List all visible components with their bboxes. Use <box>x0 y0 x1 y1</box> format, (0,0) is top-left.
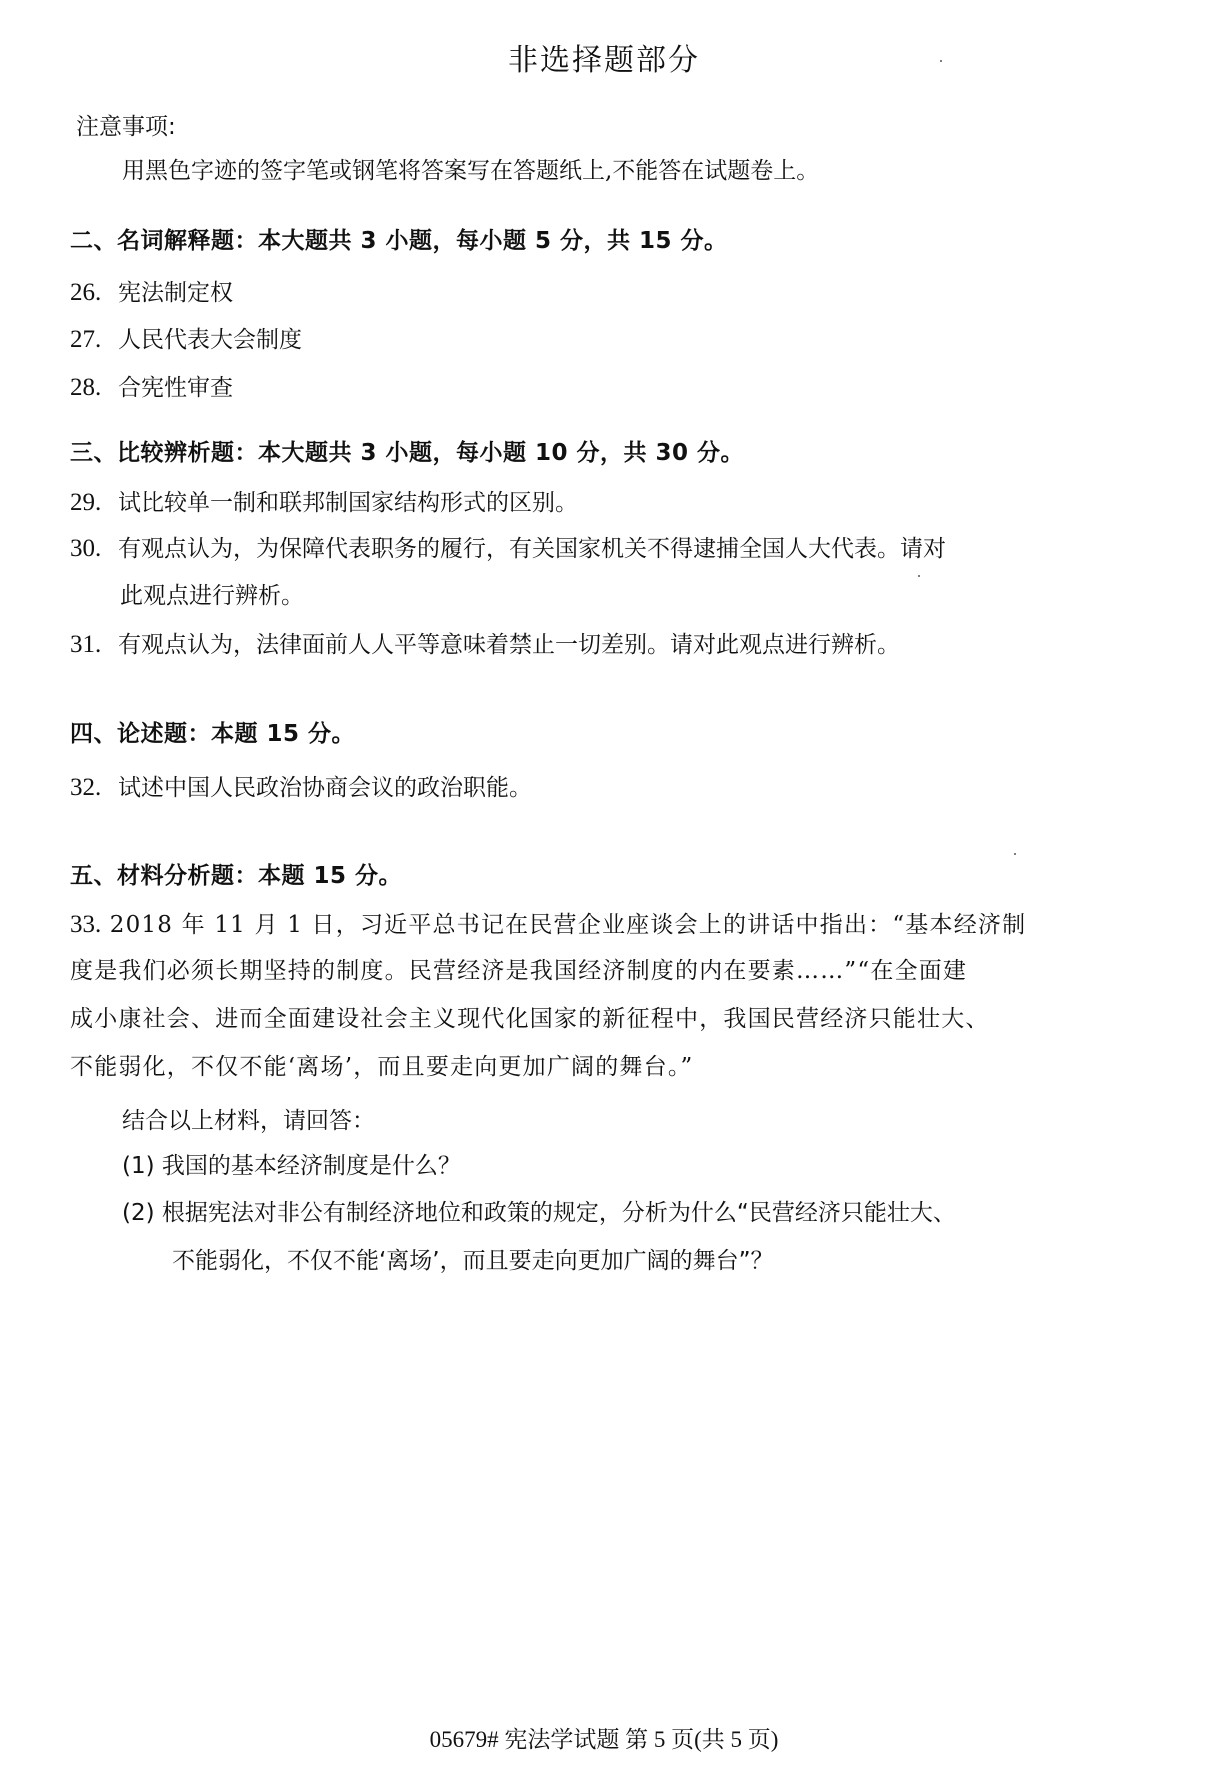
section-heading-essay: 四、论述题：本题 15 分。 <box>70 723 355 746</box>
question-text: 有观点认为，法律面前人人平等意味着禁止一切差别。请对此观点进行辨析。 <box>118 632 900 658</box>
question-28: 28.合宪性审查 <box>70 375 233 400</box>
subquestion-label: (1) <box>122 1153 155 1179</box>
question-number: 26. <box>70 280 118 305</box>
section-heading-material: 五、材料分析题：本题 15 分。 <box>70 865 402 888</box>
question-number: 30. <box>70 536 118 561</box>
question-26: 26.宪法制定权 <box>70 280 233 305</box>
exam-page: 非选择题部分 注意事项: 用黑色字迹的签字笔或钢笔将答案写在答题纸上,不能答在试… <box>0 0 1208 1767</box>
subquestion-2: (2) 根据宪法对非公有制经济地位和政策的规定，分析为什么“民营经济只能壮大、 <box>122 1202 956 1225</box>
question-number: 32. <box>70 775 118 800</box>
section-heading-comparison: 三、比较辨析题：本大题共 3 小题，每小题 10 分，共 30 分。 <box>70 442 744 465</box>
section-heading-terms: 二、名词解释题：本大题共 3 小题，每小题 5 分，共 15 分。 <box>70 230 728 253</box>
subquestion-text: 根据宪法对非公有制经济地位和政策的规定，分析为什么“民营经济只能壮大、 <box>162 1200 956 1226</box>
material-line-1: 33. 2018 年 11 月 1 日，习近平总书记在民营企业座谈会上的讲话中指… <box>70 912 1026 937</box>
material-text: 2018 年 11 月 1 日，习近平总书记在民营企业座谈会上的讲话中指出：“基… <box>110 912 1027 938</box>
question-text: 合宪性审查 <box>118 375 233 401</box>
scan-speck <box>918 575 920 577</box>
page-footer: 05679# 宪法学试题 第 5 页(共 5 页) <box>0 1728 1208 1751</box>
question-29: 29.试比较单一制和联邦制国家结构形式的区别。 <box>70 490 578 515</box>
question-31: 31.有观点认为，法律面前人人平等意味着禁止一切差别。请对此观点进行辨析。 <box>70 632 900 657</box>
question-text: 试比较单一制和联邦制国家结构形式的区别。 <box>118 490 578 516</box>
material-line-4: 不能弱化，不仅不能‘离场’，而且要走向更加广阔的舞台。” <box>70 1056 693 1079</box>
scan-speck <box>1014 853 1016 855</box>
question-27: 27.人民代表大会制度 <box>70 327 302 352</box>
material-line-3: 成小康社会、进而全面建设社会主义现代化国家的新征程中，我国民营经济只能壮大、 <box>70 1008 990 1031</box>
scan-speck <box>940 60 942 62</box>
question-number: 29. <box>70 490 118 515</box>
subquestion-label: (2) <box>122 1200 155 1226</box>
question-text: 有观点认为，为保障代表职务的履行，有关国家机关不得逮捕全国人大代表。请对 <box>118 536 946 562</box>
question-text: 试述中国人民政治协商会议的政治职能。 <box>118 775 532 801</box>
question-number: 33. <box>70 911 101 938</box>
question-number: 27. <box>70 327 118 352</box>
material-line-2: 度是我们必须长期坚持的制度。民营经济是我国经济制度的内在要素……”“在全面建 <box>70 960 967 983</box>
page-title: 非选择题部分 <box>0 46 1208 76</box>
question-text: 人民代表大会制度 <box>118 327 302 353</box>
question-text: 宪法制定权 <box>118 280 233 306</box>
question-number: 28. <box>70 375 118 400</box>
subquestion-1: (1) 我国的基本经济制度是什么？ <box>122 1155 461 1178</box>
subquestion-2-continuation: 不能弱化，不仅不能‘离场’，而且要走向更加广阔的舞台”？ <box>172 1250 774 1273</box>
subquestion-text: 我国的基本经济制度是什么？ <box>162 1153 461 1179</box>
question-30: 30.有观点认为，为保障代表职务的履行，有关国家机关不得逮捕全国人大代表。请对 <box>70 536 946 561</box>
notes-label: 注意事项: <box>76 116 176 139</box>
notes-text: 用黑色字迹的签字笔或钢笔将答案写在答题纸上,不能答在试题卷上。 <box>122 160 819 183</box>
question-32: 32.试述中国人民政治协商会议的政治职能。 <box>70 775 532 800</box>
question-number: 31. <box>70 632 118 657</box>
material-prompt: 结合以上材料，请回答： <box>122 1110 375 1133</box>
question-30-continuation: 此观点进行辨析。 <box>120 585 304 608</box>
